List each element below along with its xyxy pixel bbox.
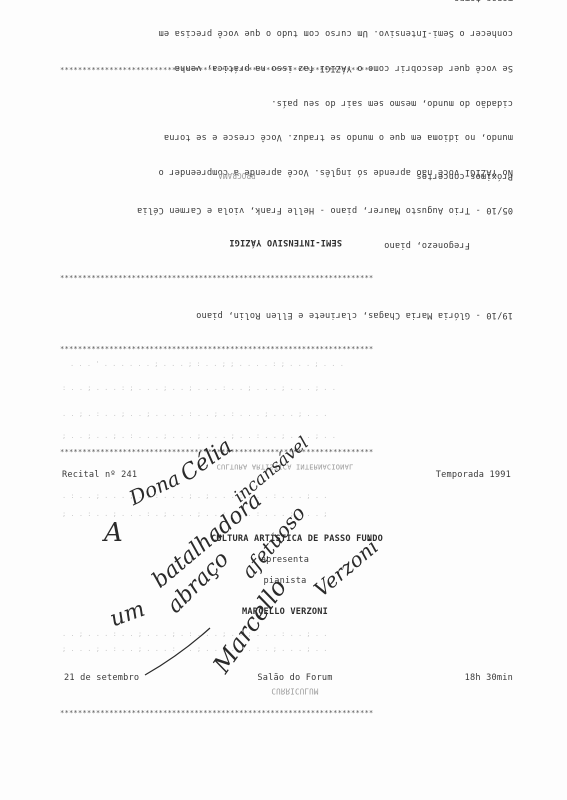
ad-line: cidadão do mundo, mesmo sem sair do seu … (58, 96, 513, 108)
bleed-through-text: ; . . ; . . ; . : . . . ; . . . ; . . . … (62, 432, 502, 440)
bleed-through-footer: CURRICULUM (60, 685, 520, 697)
program-label: PROGRAMA (218, 169, 256, 181)
bleed-through-text: . . ; . : . . ; . . ; . . . . : . . ; . … (62, 410, 502, 418)
ad-line: conhecer o Semi-Intensivo. Um curso com … (58, 27, 513, 39)
separator-bottom: ****************************************… (60, 707, 510, 717)
ad-line: menos tempo. (58, 0, 513, 3)
recital-time: 18h 30min (465, 673, 513, 685)
concert-line: Fregonezo, piano (58, 239, 513, 251)
handwriting-word: A (104, 518, 123, 548)
bleed-through-text: : . . ; . . . : ; . . . ; . . ; . . . : … (62, 384, 502, 392)
bleed-through-text: ; . . . ; . : . . ; . . . : . . ; . . ; … (62, 645, 512, 653)
handwriting-word: Célia (176, 434, 237, 487)
bleed-through-text: . . ; . . . : . . ; . . . ; . : . . . ; … (62, 630, 512, 638)
signature-flourish (140, 600, 260, 680)
ad-line: mundo, no idioma em que o mundo se tradu… (58, 131, 513, 143)
scanned-program-page: ****************************************… (0, 0, 567, 800)
bleed-through-text: . . . ' . . . . . . ; . . . ; : . . ; ; … (70, 360, 490, 368)
concert-line: 19/10 - Glória Maria Chagas, clarinete e… (58, 308, 513, 320)
concert-line: 05/10 - Trio Augusto Maurer, piano - Hel… (58, 204, 513, 216)
recital-number: Recital nº 241 (62, 470, 137, 482)
season: Temporada 1991 (436, 470, 511, 482)
presents: apresenta (60, 555, 510, 567)
program-upside-down: 19/10 - Glória Maria Chagas, clarinete e… (58, 285, 513, 343)
ad-line: Se você quer descobrir como o YÁZIGI faz… (58, 61, 513, 73)
program-heading: Próximos concertos (416, 169, 513, 181)
separator-mid-2: ****************************************… (60, 343, 510, 353)
recital-venue: Salão do Forum (60, 673, 520, 685)
